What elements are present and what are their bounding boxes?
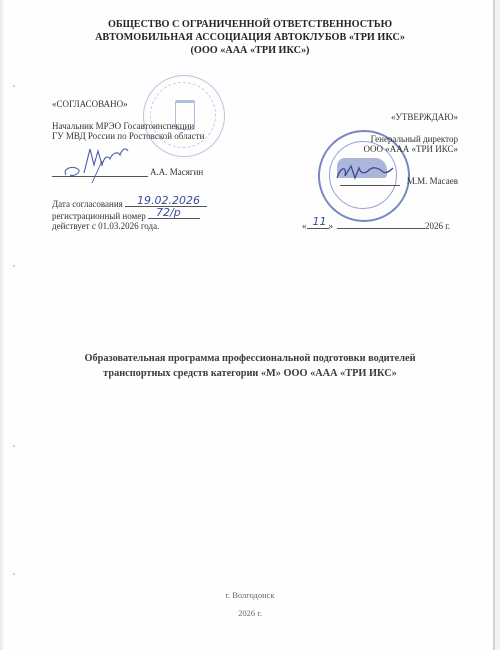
approved-date-year: 2026 г.: [425, 221, 450, 231]
punch-hole-mark: [13, 85, 15, 87]
approved-signature-icon: [335, 160, 395, 185]
agreed-reg-value: 72/р: [156, 208, 181, 218]
agreed-position-line-1: Начальник МРЭО Госавтоинспекции: [52, 121, 204, 131]
approved-position-line-1: Генеральный директор: [363, 134, 458, 144]
agreed-date-value: 19.02.2026: [137, 196, 200, 206]
approved-block: «УТВЕРЖДАЮ» Генеральный директор ООО «АА…: [363, 112, 458, 154]
agreed-position-line-2: ГУ МВД России по Ростовской области: [52, 131, 204, 141]
agreed-block: «СОГЛАСОВАНО» Начальник МРЭО Госавтоинсп…: [52, 99, 204, 141]
approved-month-field: [337, 219, 425, 229]
agreed-date-row: Дата согласования 19.02.2026: [52, 197, 207, 209]
agreed-reg-field: 72/р: [148, 209, 200, 219]
agreed-reg-row: регистрационный номер 72/р: [52, 209, 207, 221]
footer-city: г. Волгодонск: [0, 590, 500, 600]
agreed-reg-label: регистрационный номер: [52, 211, 146, 221]
approved-position-line-2: ООО «ААА «ТРИ ИКС»: [363, 144, 458, 154]
program-title-line-2: транспортных средств категории «М» ООО «…: [0, 366, 500, 381]
header-line-2: АВТОМОБИЛЬНАЯ АССОЦИАЦИЯ АВТОКЛУБОВ «ТРИ…: [0, 31, 500, 44]
punch-hole-mark: [13, 445, 15, 447]
agreed-registration-block: Дата согласования 19.02.2026 регистрацио…: [52, 197, 207, 231]
header-line-1: ОБЩЕСТВО С ОГРАНИЧЕННОЙ ОТВЕТСТВЕННОСТЬЮ: [0, 18, 500, 31]
document-page: ОБЩЕСТВО С ОГРАНИЧЕННОЙ ОТВЕТСТВЕННОСТЬЮ…: [0, 0, 500, 650]
punch-hole-mark: [13, 265, 15, 267]
approved-date-close-quote: »: [329, 221, 334, 231]
approved-day-field: 11: [307, 219, 329, 229]
agreed-date-label: Дата согласования: [52, 199, 123, 209]
program-title: Образовательная программа профессиональн…: [0, 351, 500, 381]
agreed-effective-text: действует с 01.03.2026 года.: [52, 221, 207, 231]
agreed-signer-name: А.А. Масягин: [150, 167, 203, 177]
footer-year: 2026 г.: [0, 608, 500, 618]
program-title-line-1: Образовательная программа профессиональн…: [0, 351, 500, 366]
approved-signature-line: [340, 185, 400, 186]
agreed-signature-icon: [62, 143, 132, 183]
header-line-3: (ООО «ААА «ТРИ ИКС»): [0, 44, 500, 57]
scan-left-shadow: [0, 0, 4, 650]
approved-date-row: «11»2026 г.: [302, 219, 450, 231]
approved-day-value: 11: [313, 215, 327, 228]
approved-title: «УТВЕРЖДАЮ»: [363, 112, 458, 122]
agreed-signature-line: [52, 176, 148, 177]
organization-header: ОБЩЕСТВО С ОГРАНИЧЕННОЙ ОТВЕТСТВЕННОСТЬЮ…: [0, 18, 500, 57]
agreed-title: «СОГЛАСОВАНО»: [52, 99, 204, 109]
approved-signer-name: М.М. Масаев: [407, 176, 458, 186]
scan-right-strip: [495, 0, 500, 650]
punch-hole-mark: [13, 573, 15, 575]
